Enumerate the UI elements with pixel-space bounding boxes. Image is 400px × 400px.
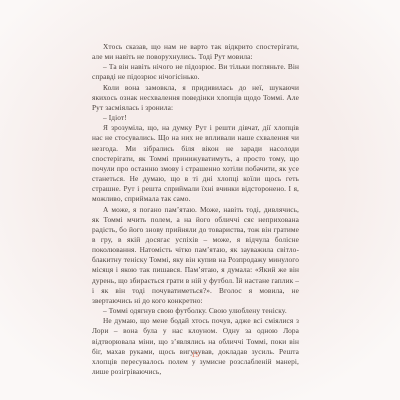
paragraph-4-dialogue: – Ідіот!: [92, 113, 299, 123]
paragraph-8: Не думаю, що мене бодай хтось почув, адж…: [92, 316, 299, 377]
paragraph-6: А може, я погано пам’ятаю. Може, навіть …: [92, 205, 299, 307]
paragraph-2-dialogue: – Та він навіть нічого не підозрює. Ви т…: [92, 62, 299, 82]
book-page: Хтось сказав, що нам не варто так відкри…: [0, 0, 400, 400]
paragraph-7-dialogue: – Томмі одягнув свою футболку. Свою улюб…: [92, 306, 299, 316]
page-number: 15: [92, 351, 299, 359]
page-text-block: Хтось сказав, що нам не варто так відкри…: [92, 42, 299, 377]
paragraph-3: Коли вона замовкла, я придивилась до неї…: [92, 83, 299, 113]
paragraph-1: Хтось сказав, що нам не варто так відкри…: [92, 42, 299, 62]
paragraph-5: Я зрозуміла, що, на думку Рут і решти ді…: [92, 123, 299, 204]
